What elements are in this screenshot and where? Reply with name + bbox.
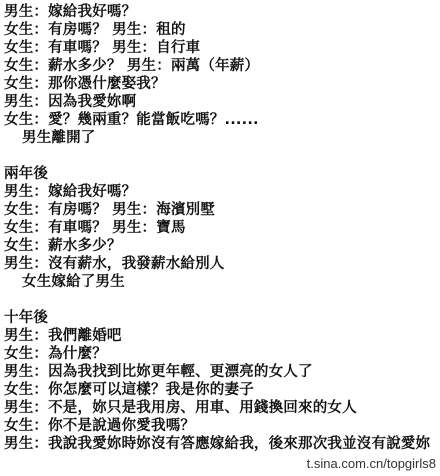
section-heading: 兩年後 bbox=[4, 165, 440, 183]
dialogue-line: 女生：薪水多少？ bbox=[4, 237, 440, 255]
dialogue-line: 女生：有車嗎？ 男生：自行車 bbox=[4, 39, 440, 57]
dialogue-line: 男生：嫁給我好嗎？ bbox=[4, 183, 440, 201]
section-heading: 十年後 bbox=[4, 309, 440, 327]
dialogue-line: 女生：為什麼？ bbox=[4, 345, 440, 363]
dialogue-line: 女生：那你憑什麼娶我？ bbox=[4, 75, 440, 93]
dialogue-line: 女生：薪水多少？ 男生：兩萬（年薪） bbox=[4, 57, 440, 75]
dialogue-line: 男生：我說我愛妳時妳沒有答應嫁給我，後來那次我並沒有說愛妳 bbox=[4, 435, 440, 453]
section-outcome: 女生嫁給了男生 bbox=[4, 273, 440, 291]
section-outcome: 男生離開了 bbox=[4, 129, 440, 147]
section-two-years-later: 兩年後 男生：嫁給我好嗎？ 女生：有房嗎？ 男生：海濱別墅 女生：有車嗎？ 男生… bbox=[4, 165, 440, 291]
dialogue-line: 男生：不是，妳只是我用房、用車、用錢換回來的女人 bbox=[4, 399, 440, 417]
spacer bbox=[4, 147, 440, 165]
section-ten-years-later: 十年後 男生：我們離婚吧 女生：為什麼？ 男生：因為我找到比妳更年輕、更漂亮的女… bbox=[4, 309, 440, 453]
dialogue-line: 女生：你不是說過你愛我嗎？ bbox=[4, 417, 440, 435]
dialogue-line: 男生：嫁給我好嗎？ bbox=[4, 3, 440, 21]
dialogue-line: 男生：沒有薪水，我發薪水給別人 bbox=[4, 255, 440, 273]
dialogue-line: 男生：因為我找到比妳更年輕、更漂亮的女人了 bbox=[4, 363, 440, 381]
dialogue-line: 男生：我們離婚吧 bbox=[4, 327, 440, 345]
dialogue-line: 女生：愛？幾兩重？能當飯吃嗎？...... bbox=[4, 111, 440, 129]
dialogue-line: 女生：你怎麼可以這樣？我是你的妻子 bbox=[4, 381, 440, 399]
dialogue-line: 女生：有車嗎？ 男生：寶馬 bbox=[4, 219, 440, 237]
dialogue-line: 男生：因為我愛妳啊 bbox=[4, 93, 440, 111]
dialogue-line: 女生：有房嗎？ 男生：海濱別墅 bbox=[4, 201, 440, 219]
dialogue-line: 女生：有房嗎？ 男生：租的 bbox=[4, 21, 440, 39]
section-first-proposal: 男生：嫁給我好嗎？ 女生：有房嗎？ 男生：租的 女生：有車嗎？ 男生：自行車 女… bbox=[4, 3, 440, 147]
spacer bbox=[4, 291, 440, 309]
story-document: 男生：嫁給我好嗎？ 女生：有房嗎？ 男生：租的 女生：有車嗎？ 男生：自行車 女… bbox=[4, 3, 440, 453]
watermark: t.sina.com.cn/topgirls8 bbox=[307, 456, 436, 471]
